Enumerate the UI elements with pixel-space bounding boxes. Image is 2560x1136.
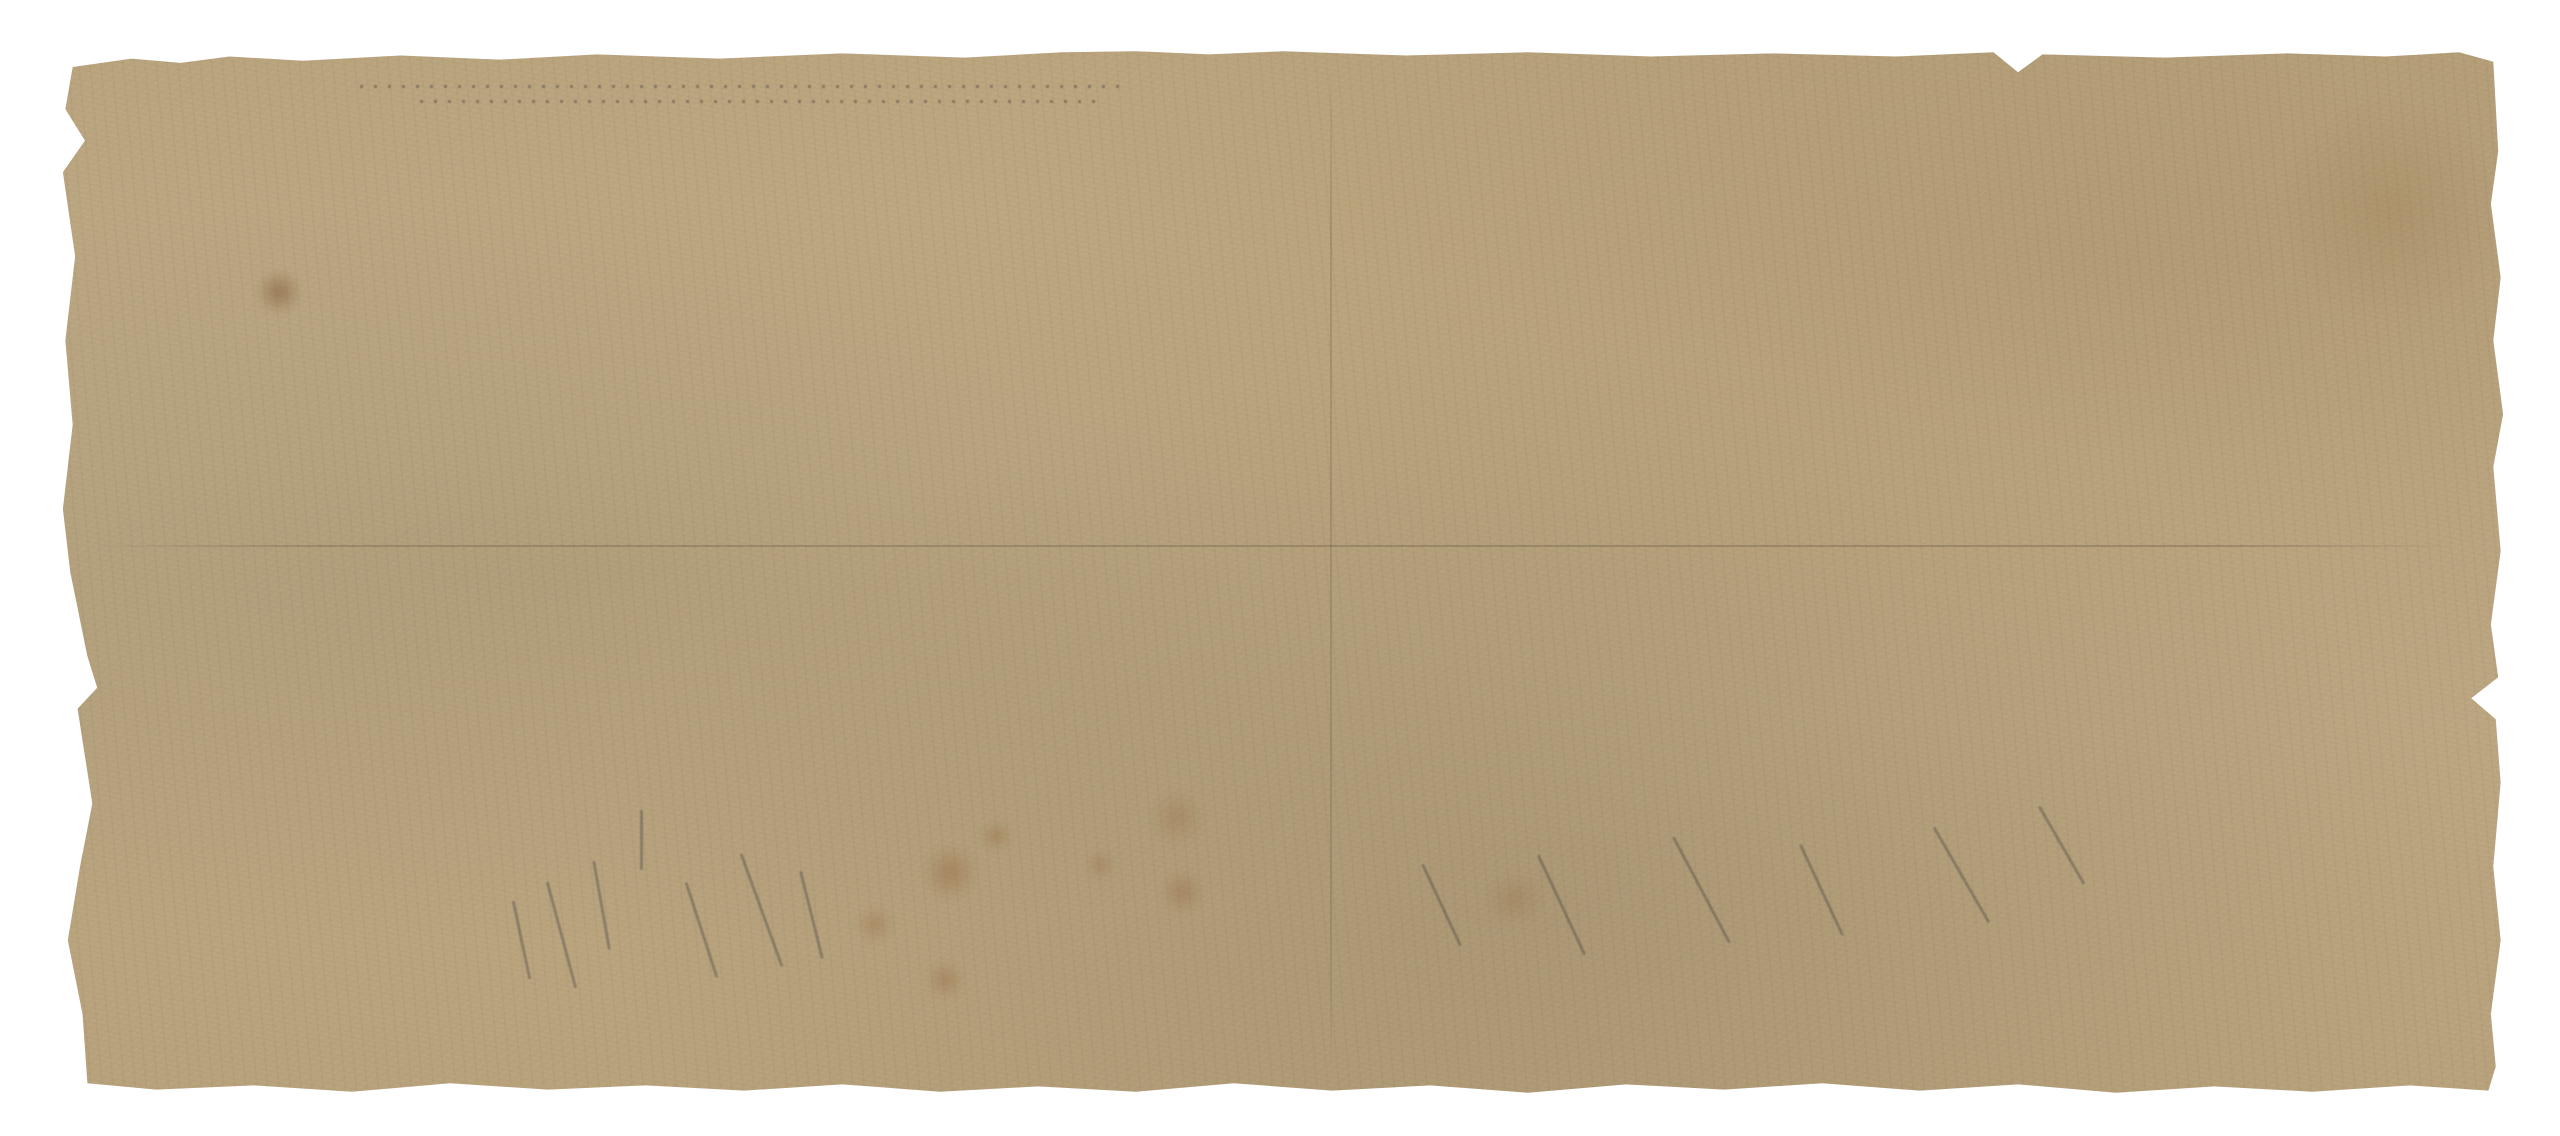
bleed-through-stroke [1799,844,1844,936]
bleed-through-stroke [1933,827,1991,924]
bleed-through-stroke [740,853,784,967]
vertical-fold-crease [1330,60,1332,1080]
foxing-stain [255,270,303,314]
bleed-through-stroke [546,881,577,988]
foxing-stain [925,960,965,1000]
foxing-stain [1150,790,1205,845]
bleed-through-stroke [512,901,532,980]
aged-paper-sheet [58,46,2508,1098]
print-residue-row [420,100,1100,103]
foxing-stain [1085,850,1115,880]
bleed-through-stroke [640,810,643,870]
foxing-stain [855,905,895,945]
bleed-through-stroke [2038,805,2086,884]
foxing-stain [1160,870,1205,915]
foxing-stain [980,820,1012,852]
scan-background [0,0,2560,1136]
bleed-through-stroke [592,860,611,949]
horizontal-fold-crease [80,545,2460,547]
foxing-stain [2280,100,2500,320]
print-residue-row [360,85,1120,88]
bleed-through-stroke [685,882,719,978]
bleed-through-stroke [799,871,824,959]
foxing-stain [1480,880,1550,920]
bleed-through-stroke [1672,836,1731,943]
foxing-stain [920,845,980,900]
bleed-through-stroke [1421,864,1462,947]
